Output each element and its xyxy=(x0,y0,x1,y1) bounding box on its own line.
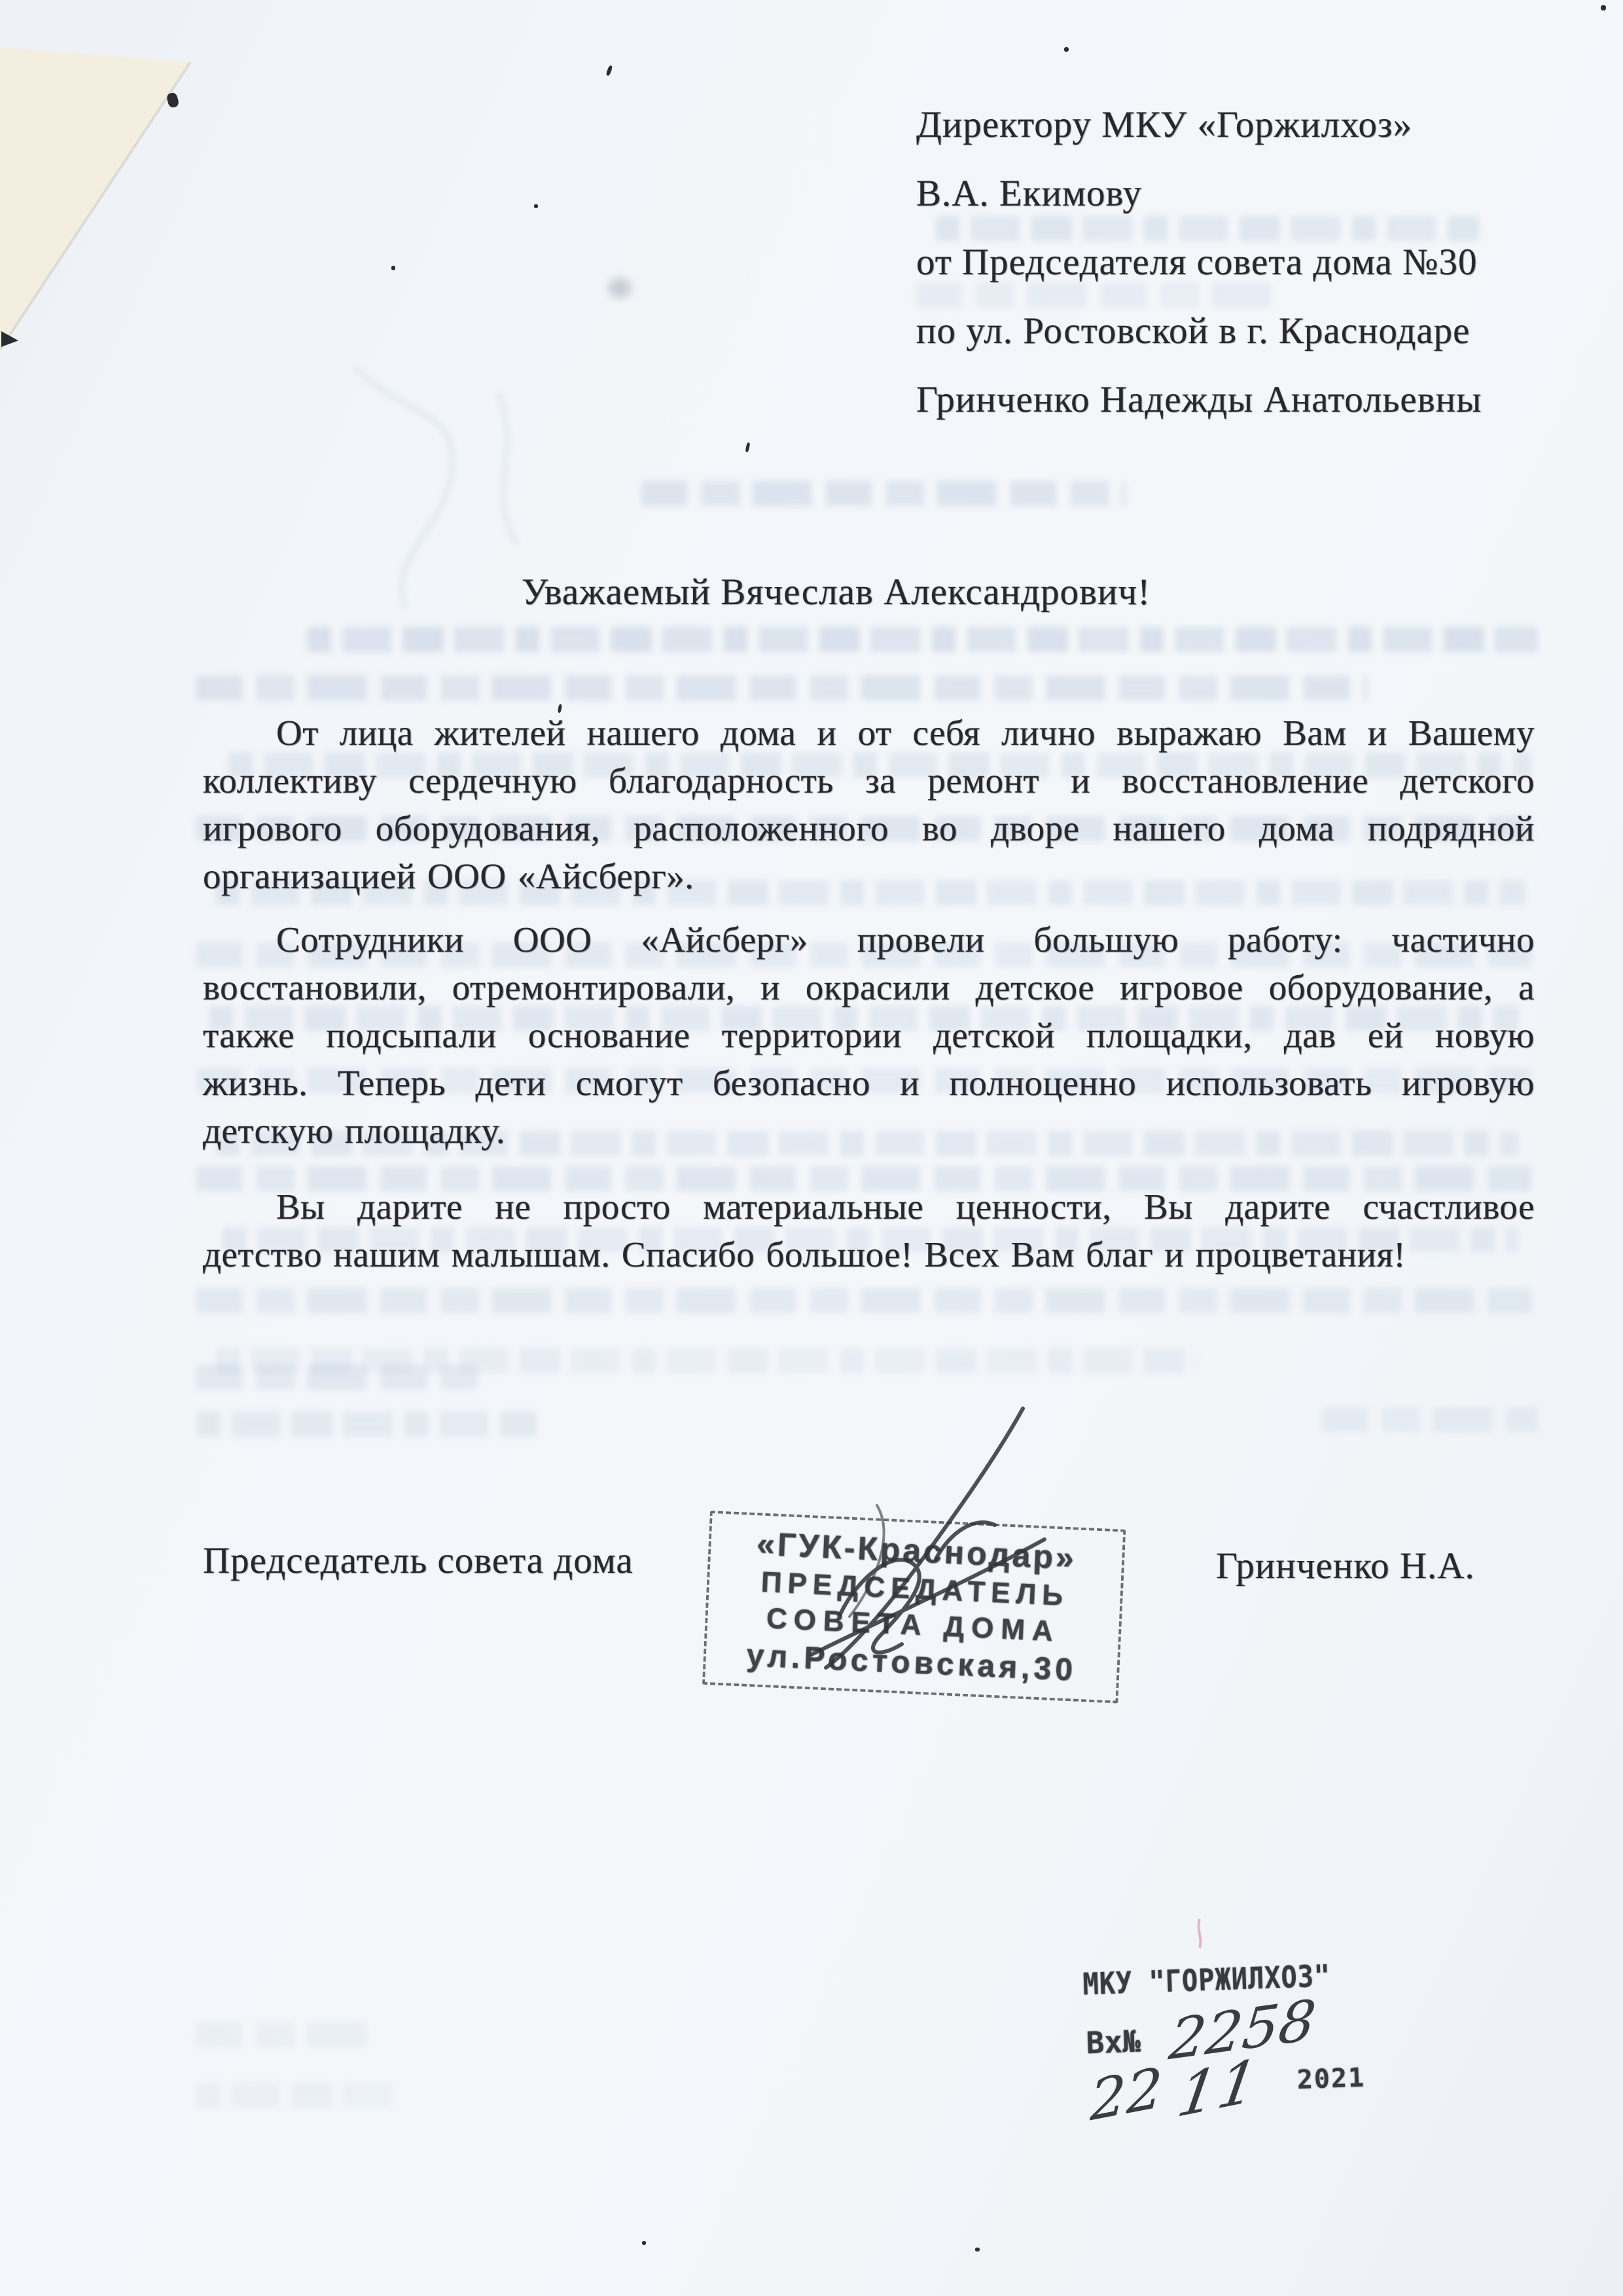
scan-speck xyxy=(975,2248,980,2251)
paragraph-1-line-2: коллективу сердечную благодарность за ре… xyxy=(203,757,1535,804)
registration-stamp-year: 2021 xyxy=(1296,2063,1366,2096)
recipient-line-5: Гринченко Надежды Анатольевны xyxy=(916,381,1482,418)
scan-speck xyxy=(745,442,750,453)
registration-stamp: МКУ "ГОРЖИЛХОЗ" Вх№ 2258 22 11 2021 xyxy=(1077,1947,1449,2143)
scan-speck xyxy=(605,65,613,76)
registration-stamp-label: Вх№ xyxy=(1086,2024,1141,2061)
council-stamp: «ГУК-Краснодар» ПРЕДСЕДАТЕЛЬ СОВЕТА ДОМА… xyxy=(702,1511,1126,1704)
scan-speck xyxy=(534,204,538,208)
staple-mark xyxy=(166,92,179,108)
paragraph-2-line-3: также подсыпали основание территории дет… xyxy=(203,1011,1535,1059)
scan-speck xyxy=(391,266,395,270)
paragraph-2-line-5: детскую площадку. xyxy=(203,1107,1535,1155)
scan-speck xyxy=(1064,47,1069,52)
paragraph-3-line-2: детство нашим малышам. Спасибо большое! … xyxy=(203,1230,1535,1278)
ghost-text-line xyxy=(196,1412,537,1437)
scan-speck xyxy=(642,2241,646,2245)
recipient-line-4: по ул. Ростовской в г. Краснодаре xyxy=(916,312,1470,350)
pink-scan-mark xyxy=(1199,1919,1201,1948)
paragraph-1-line-4: организацией ООО «Айсберг». xyxy=(203,852,1535,900)
paragraph-2-line-1: Сотрудники ООО «Айсберг» провели большую… xyxy=(203,916,1535,963)
scan-speck xyxy=(1601,5,1606,10)
ghost-text-line xyxy=(641,481,1126,506)
paragraph-3-line-1: Вы дарите не просто материальные ценност… xyxy=(203,1183,1535,1230)
ghost-text-line xyxy=(1322,1407,1538,1432)
signature-position-label: Председатель совета дома xyxy=(203,1539,633,1582)
handwritten-day: 22 xyxy=(1090,2055,1164,2134)
ghost-text-line xyxy=(196,2083,393,2108)
paragraph-2-line-4: жизнь. Теперь дети смогут безопасно и по… xyxy=(203,1059,1535,1107)
salutation: Уважаемый Вячеслав Александрович! xyxy=(170,571,1502,613)
ghost-text-line xyxy=(916,283,1283,308)
scanned-letter-page: Директору МКУ «Горжилхоз» В.А. Екимову о… xyxy=(0,0,1623,2296)
recipient-line-2: В.А. Екимову xyxy=(916,175,1142,212)
ghost-text-line xyxy=(308,627,1538,652)
paragraph-1-line-1: От лица жителей нашего дома и от себя ли… xyxy=(203,709,1535,757)
paragraph-1-line-3: игрового оборудования, расположенного во… xyxy=(203,804,1535,852)
recipient-line-3: от Председателя совета дома №30 xyxy=(916,243,1477,281)
ghost-text-line xyxy=(196,675,1368,700)
ghost-text-line xyxy=(936,216,1479,241)
folded-corner xyxy=(0,0,196,353)
recipient-line-1: Директору МКУ «Горжилхоз» xyxy=(916,106,1412,143)
ghost-text-line xyxy=(196,2022,373,2047)
signature-name: Гринченко Н.А. xyxy=(1216,1545,1475,1587)
paragraph-2-line-2: восстановили, отремонтировали, и окрасил… xyxy=(203,963,1535,1011)
scan-smudge xyxy=(609,278,631,298)
ghost-text-line xyxy=(196,1288,1531,1313)
ghost-text-line xyxy=(196,1365,478,1390)
